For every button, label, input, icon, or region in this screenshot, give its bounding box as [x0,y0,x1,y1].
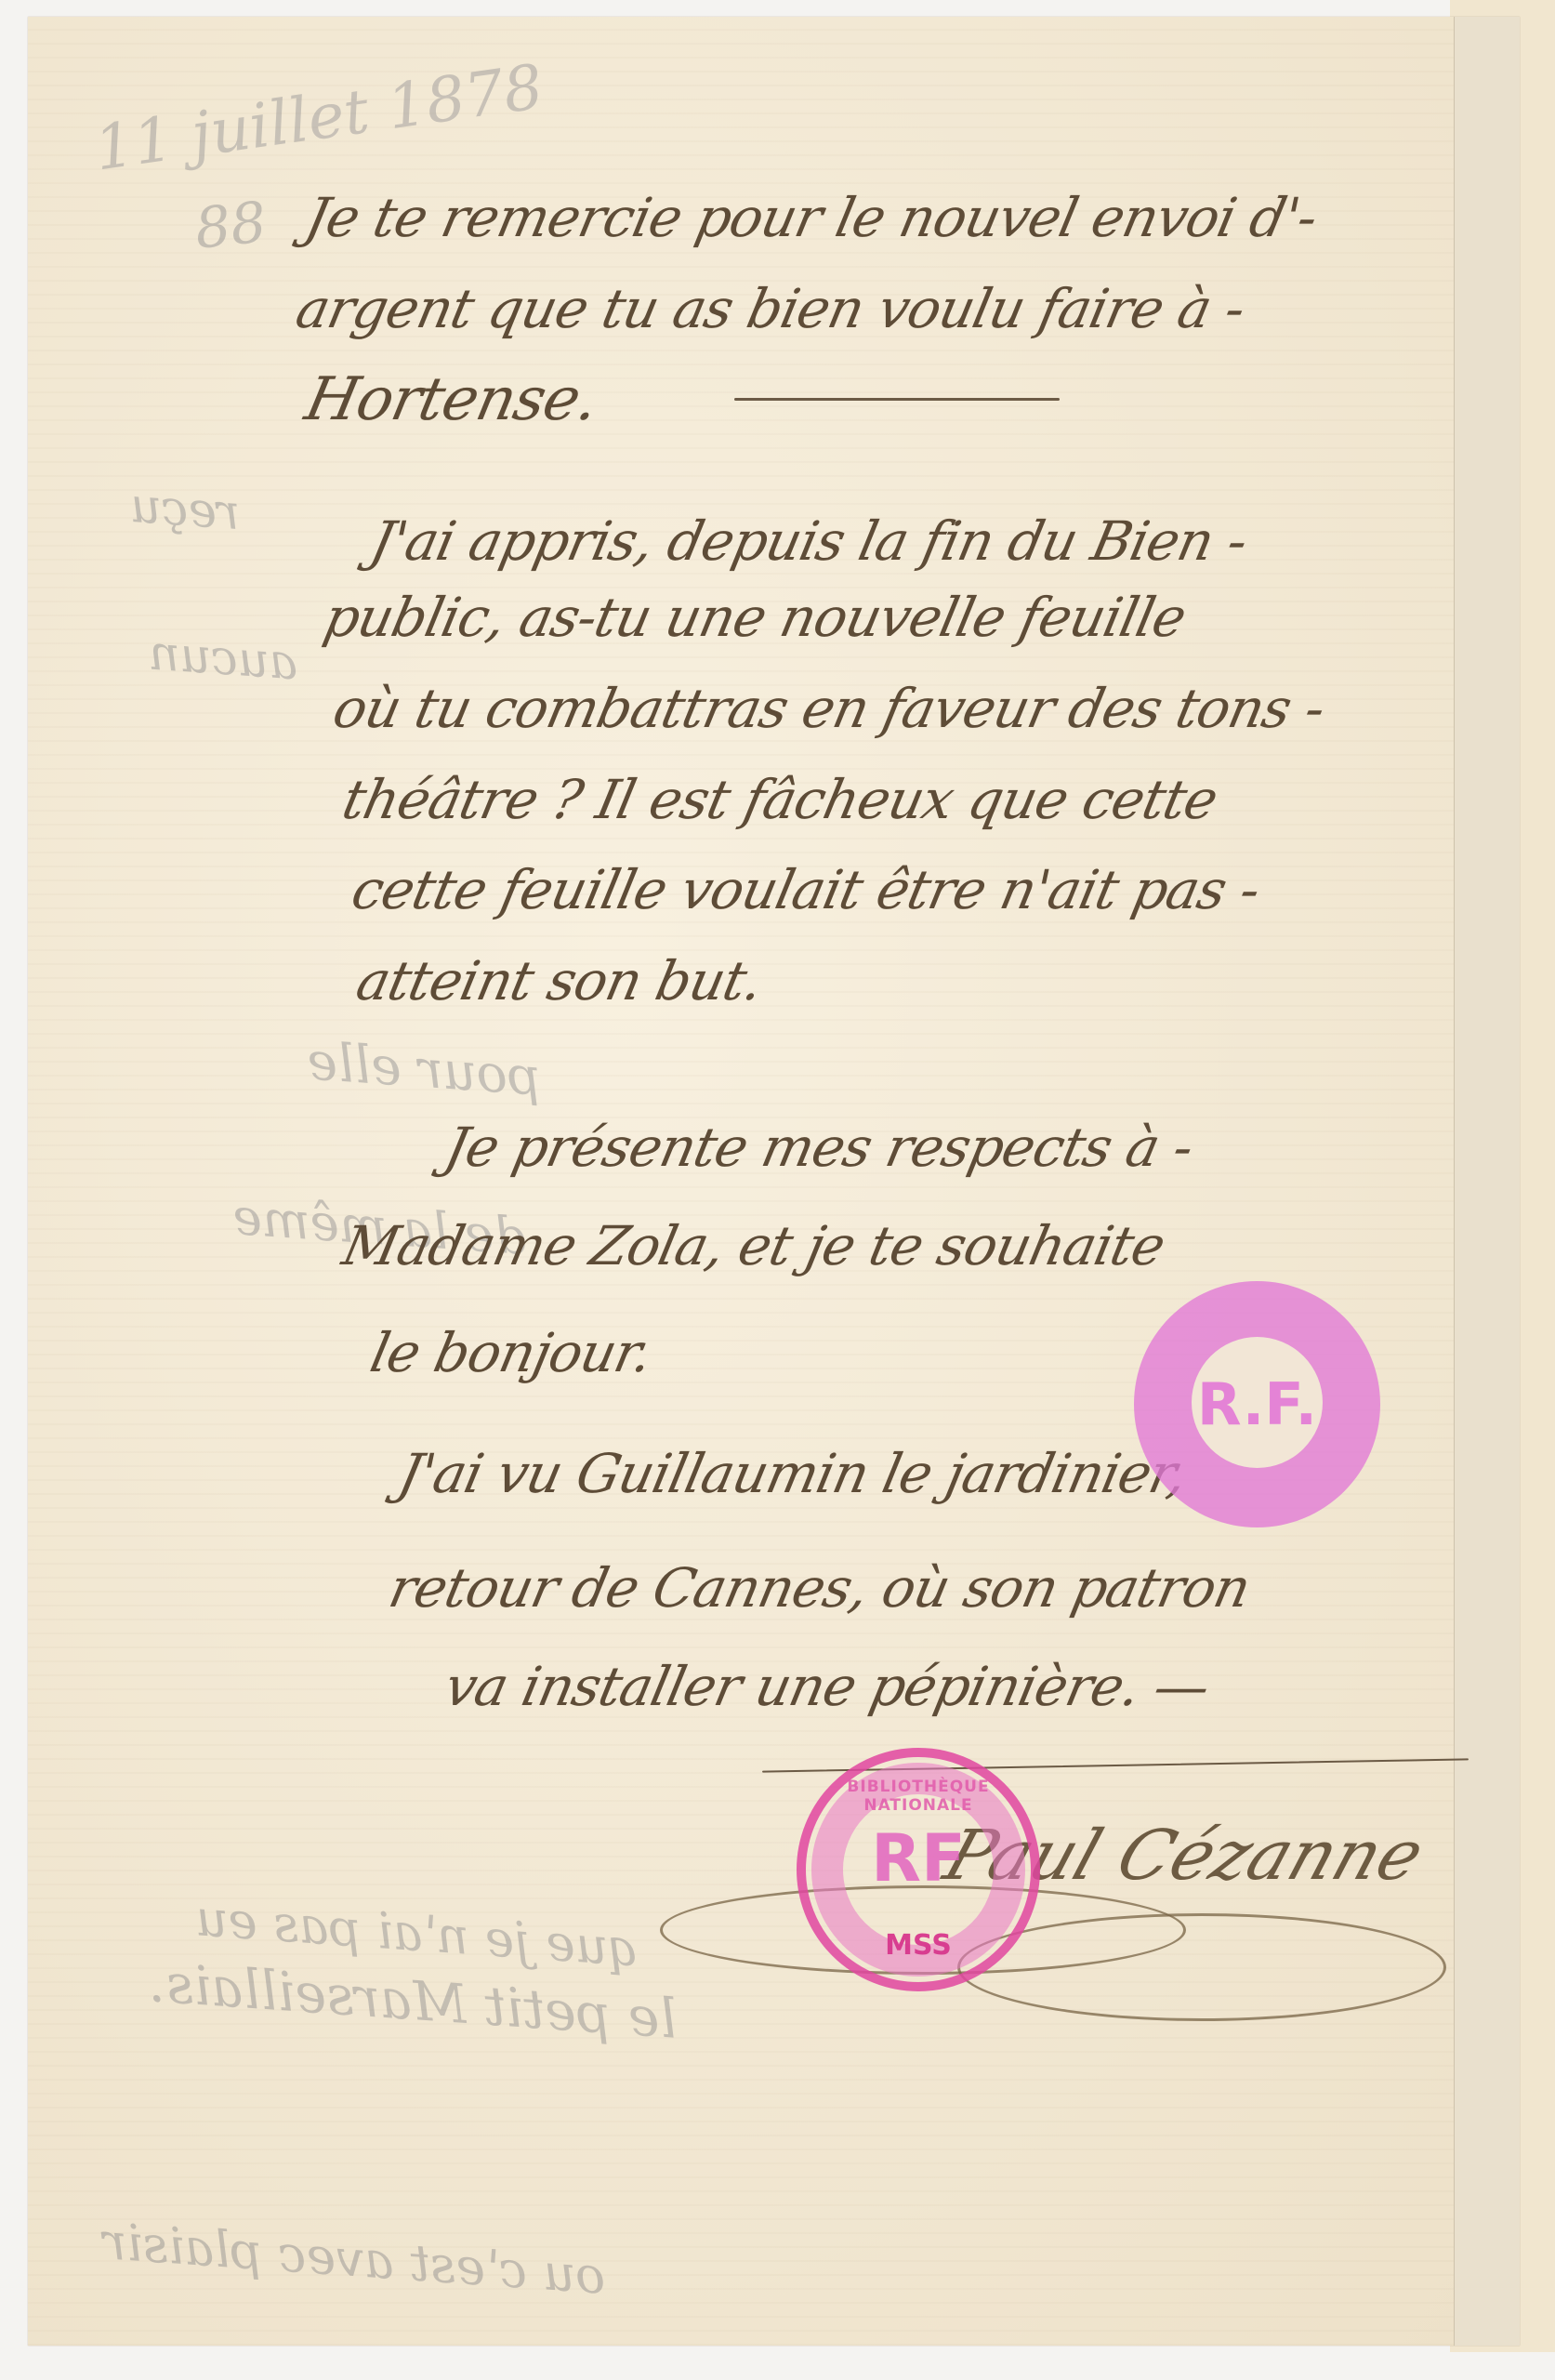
bleed-text: aucun [147,625,299,691]
library-stamp-bottom: BIBLIOTHÈQUE NATIONALE RF MSS [797,1748,1040,1991]
letter-line: Je te remercie pour le nouvel envoi d'- [300,186,1323,249]
letter-page: 11 juillet 1878 88 reçu aucun pour elle … [28,17,1520,2346]
flourish-dash [734,398,1060,401]
bleed-text: pour elle [305,1031,543,1107]
bleed-text: ou c'est avec plaisir [100,2212,607,2306]
letter-line: théâtre ? Il est fâcheux que cette [337,768,1223,831]
letter-line: retour de Cannes, où son patron [384,1556,1256,1620]
letter-line: va installer une pépinière. — [440,1655,1215,1718]
letter-line: J'ai appris, depuis la fin du Bien - [365,509,1253,573]
folio-number: 88 [192,190,270,262]
letter-line: où tu combattras en faveur des tons - [328,677,1330,740]
letter-line: Madame Zola, et je te souhaite [337,1214,1170,1277]
stamp-monogram: RF [871,1820,966,1897]
stamp-monogram: R.F. [1197,1370,1317,1438]
letter-line: J'ai vu Guillaumin le jardinier, [393,1442,1193,1505]
stamp-mss-text: MSS [806,1929,1031,1962]
letter-line: le bonjour. [365,1321,657,1384]
pencil-date-annotation: 11 juillet 1878 [90,51,547,185]
letter-line: argent que tu as bien voulu faire à - [291,277,1250,340]
mounting-hinge [1454,17,1520,2346]
letter-line: public, as-tu une nouvelle feuille [319,586,1192,649]
stamp-ring-text: BIBLIOTHÈQUE NATIONALE [806,1778,1031,1815]
letter-line: Hortense. [299,365,604,434]
letter-line: atteint son but. [351,949,768,1012]
letter-line: Je présente mes respects à - [440,1116,1199,1179]
letter-line: cette feuille voulait être n'ait pas - [347,858,1265,921]
bleed-text: reçu [128,478,242,541]
library-stamp-top: R.F. [1134,1281,1380,1527]
